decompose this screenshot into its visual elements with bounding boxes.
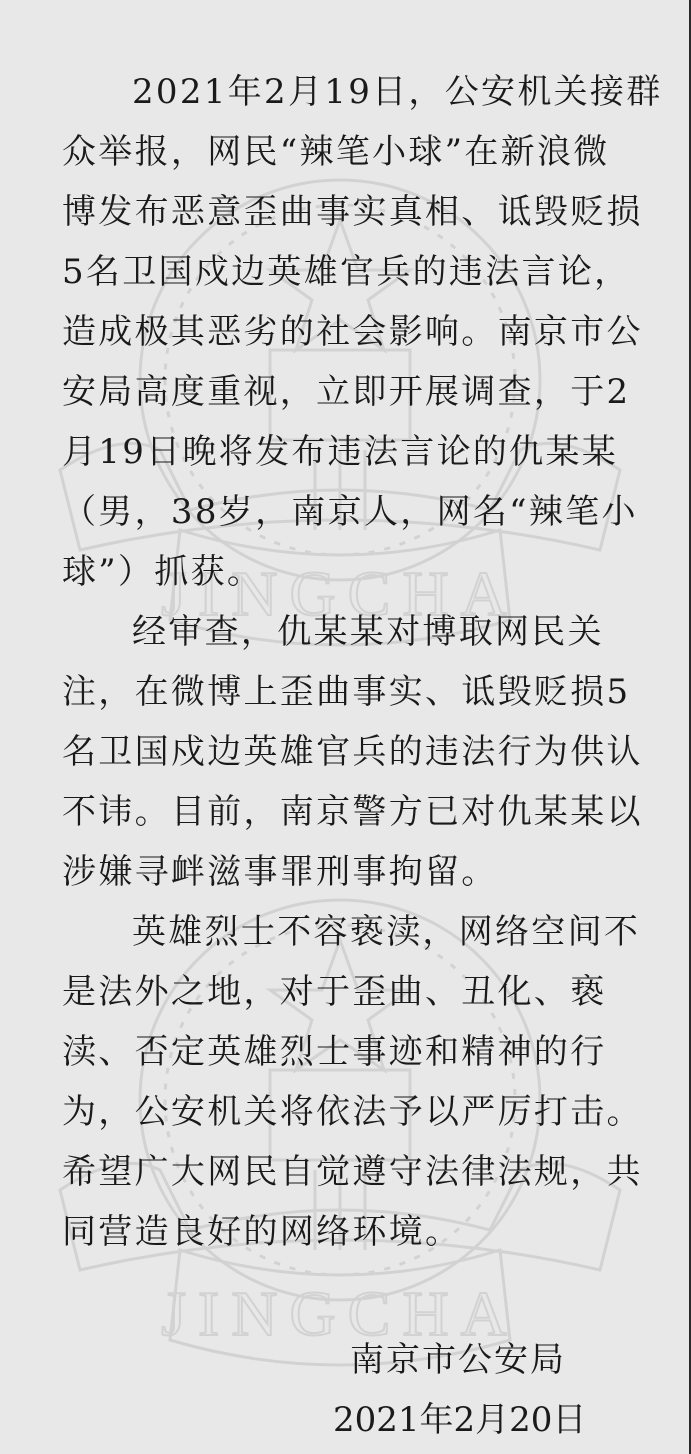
text-line: 同营造良好的网络环境。 [62,1202,632,1262]
text-line: 是法外之地，对于歪曲、丑化、亵 [62,962,632,1022]
issuer-signature: 南京市公安局 [350,1330,566,1390]
text-line: （男，38岁，南京人，网名“辣笔小 [62,482,632,542]
text-line: 5名卫国戍边英雄官兵的违法言论， [62,242,632,302]
text-line: 涉嫌寻衅滋事罪刑事拘留。 [62,842,632,902]
issue-date: 2021年2月20日 [333,1390,586,1450]
text-line: 渎、否定英雄烈士事迹和精神的行 [62,1022,632,1082]
text-line: 博发布恶意歪曲事实真相、诋毁贬损 [62,182,632,242]
text-line: 注，在微博上歪曲事实、诋毁贬损5 [62,662,632,722]
text-line: 众举报，网民“辣笔小球”在新浪微 [62,122,632,182]
text-line: 安局高度重视，立即开展调查，于2 [62,362,632,422]
text-line: 月19日晚将发布违法言论的仇某某 [62,422,632,482]
text-line: 名卫国戍边英雄官兵的违法行为供认 [62,722,632,782]
text-line: 为，公安机关将依法予以严厉打击。 [62,1082,632,1142]
text-line: 2021年2月19日，公安机关接群 [62,62,632,122]
text-line: 英雄烈士不容亵渎，网络空间不 [62,902,632,962]
paragraph-3: 英雄烈士不容亵渎，网络空间不 是法外之地，对于歪曲、丑化、亵 渎、否定英雄烈士事… [62,902,632,1262]
text-line: 造成极其恶劣的社会影响。南京市公 [62,302,632,362]
text-line: 球”）抓获。 [62,542,632,602]
text-line: 经审查，仇某某对博取网民关 [62,602,632,662]
text-line: 希望广大网民自觉遵守法律法规，共 [62,1142,632,1202]
notice-body: 2021年2月19日，公安机关接群 众举报，网民“辣笔小球”在新浪微 博发布恶意… [62,62,632,1262]
paragraph-1: 2021年2月19日，公安机关接群 众举报，网民“辣笔小球”在新浪微 博发布恶意… [62,62,632,602]
paragraph-2: 经审查，仇某某对博取网民关 注，在微博上歪曲事实、诋毁贬损5 名卫国戍边英雄官兵… [62,602,632,902]
text-line: 不讳。目前，南京警方已对仇某某以 [62,782,632,842]
